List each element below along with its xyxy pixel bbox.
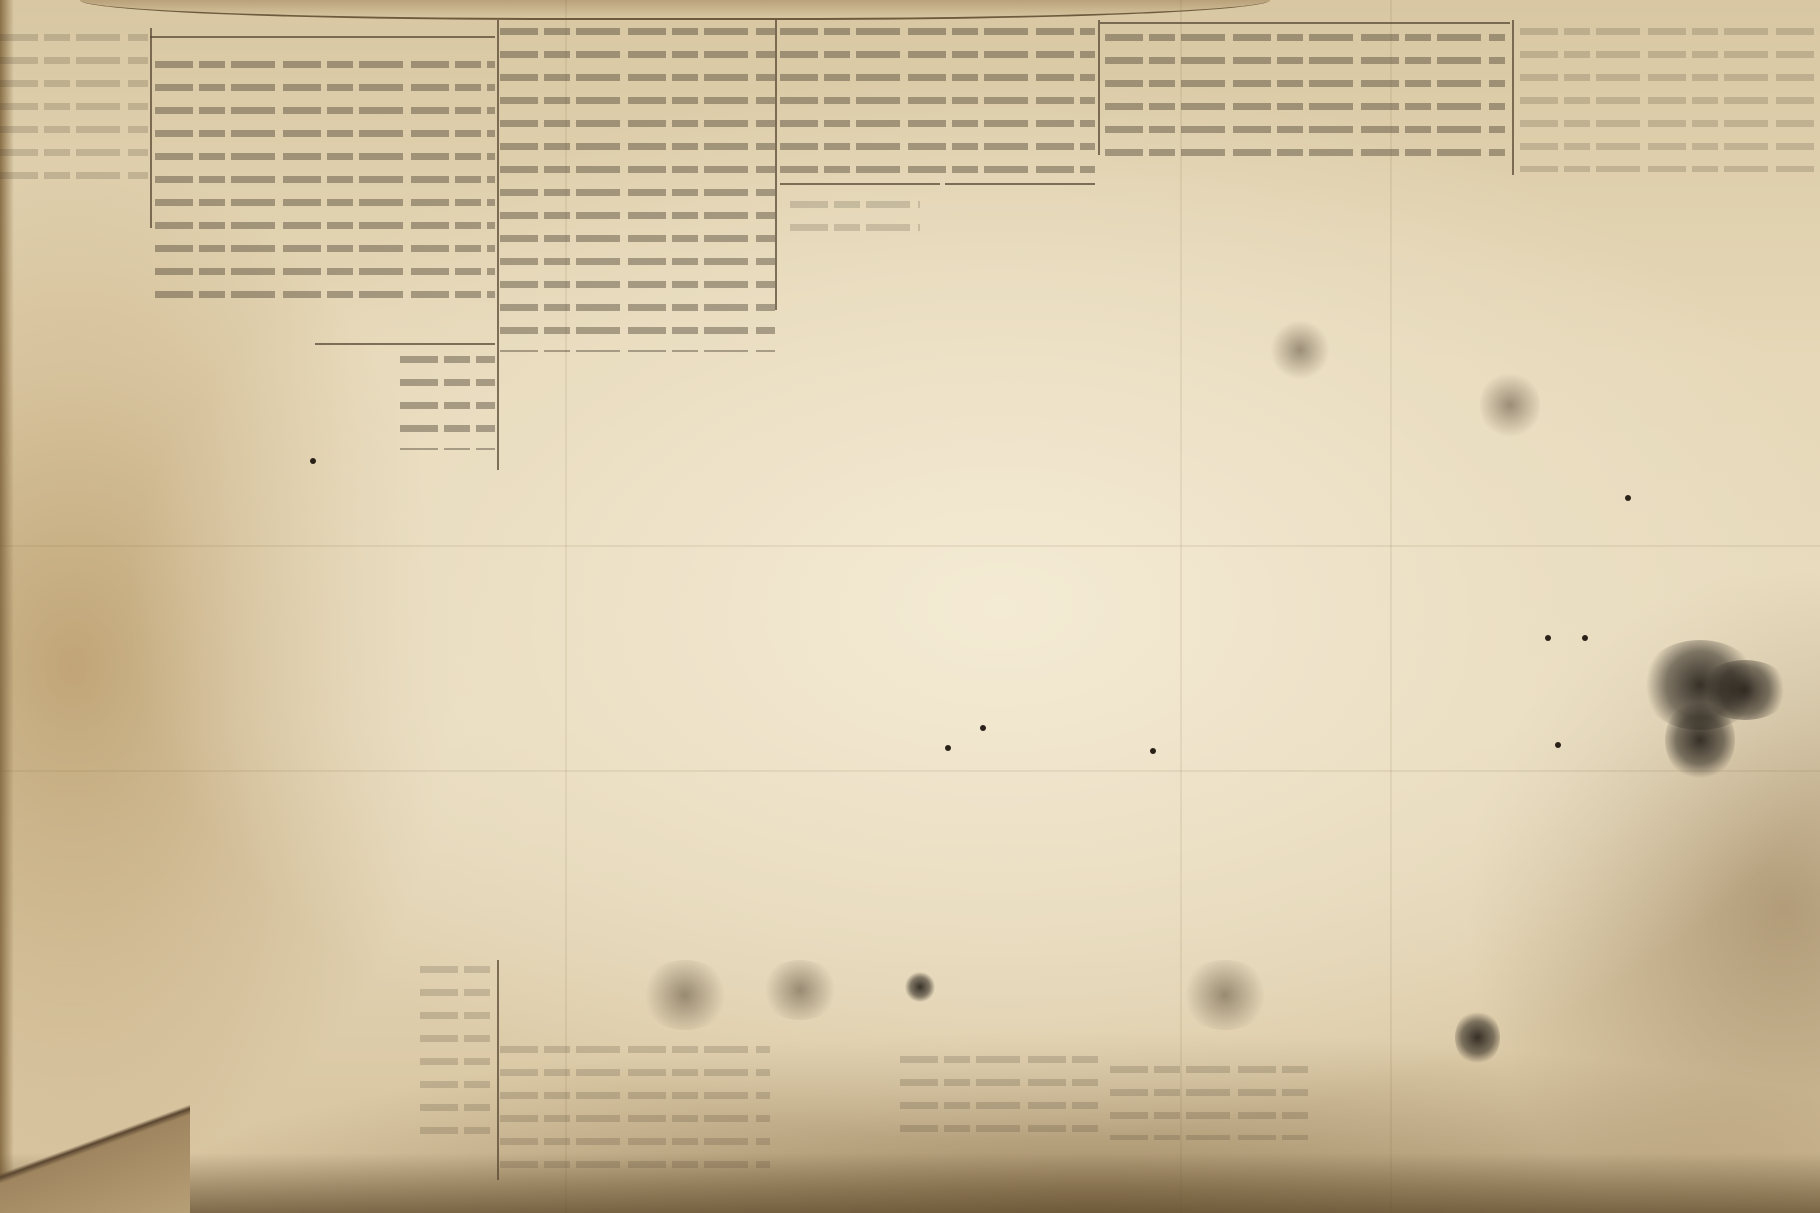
bottom-worn-edge — [0, 1153, 1820, 1213]
grime-spot — [1270, 320, 1330, 380]
top-center-text-column — [155, 55, 495, 300]
column-rule — [775, 20, 777, 310]
ink-stain — [1455, 1010, 1500, 1065]
column-rule — [315, 343, 495, 345]
column-rule — [497, 960, 499, 1180]
column-rule — [1512, 20, 1514, 175]
speck — [1625, 495, 1631, 501]
column-rule — [150, 28, 152, 228]
upper-right-center-text — [780, 22, 1095, 177]
speck — [1545, 635, 1551, 641]
column-rule — [1100, 22, 1510, 24]
fold-crease — [1390, 0, 1392, 1213]
bottom-text-fragment — [900, 1050, 1100, 1140]
grime-spot — [1180, 960, 1270, 1030]
column-rule — [780, 183, 940, 185]
speck — [980, 725, 986, 731]
top-left-text-column — [0, 28, 148, 188]
fold-crease — [1180, 0, 1182, 1213]
grime-spot — [640, 960, 730, 1030]
ink-stain — [905, 972, 935, 1002]
column-rule — [945, 183, 1095, 185]
speck — [310, 458, 316, 464]
bottom-text-fragment — [500, 1040, 770, 1170]
middle-text-column — [500, 22, 775, 352]
small-text-column — [400, 350, 495, 450]
column-rule — [497, 20, 499, 470]
speck — [1555, 742, 1561, 748]
column-rule — [150, 36, 495, 38]
torn-top-strip — [80, 0, 1270, 20]
vintage-paper-background — [0, 0, 1820, 1213]
fold-crease — [0, 770, 1820, 772]
speck — [1150, 748, 1156, 754]
grime-spot — [760, 960, 840, 1020]
ink-stain — [1665, 700, 1735, 780]
bottom-text-fragment — [1110, 1060, 1310, 1140]
grime-spot — [1480, 370, 1540, 440]
speck — [1582, 635, 1588, 641]
speck — [945, 745, 951, 751]
far-right-text-column — [1520, 22, 1820, 172]
column-rule — [1098, 20, 1100, 155]
fold-crease — [0, 545, 1820, 547]
top-right-text-box — [1105, 28, 1505, 168]
text-fragment — [790, 195, 920, 245]
torn-corner — [0, 1073, 190, 1213]
bottom-text-fragment — [420, 960, 495, 1140]
